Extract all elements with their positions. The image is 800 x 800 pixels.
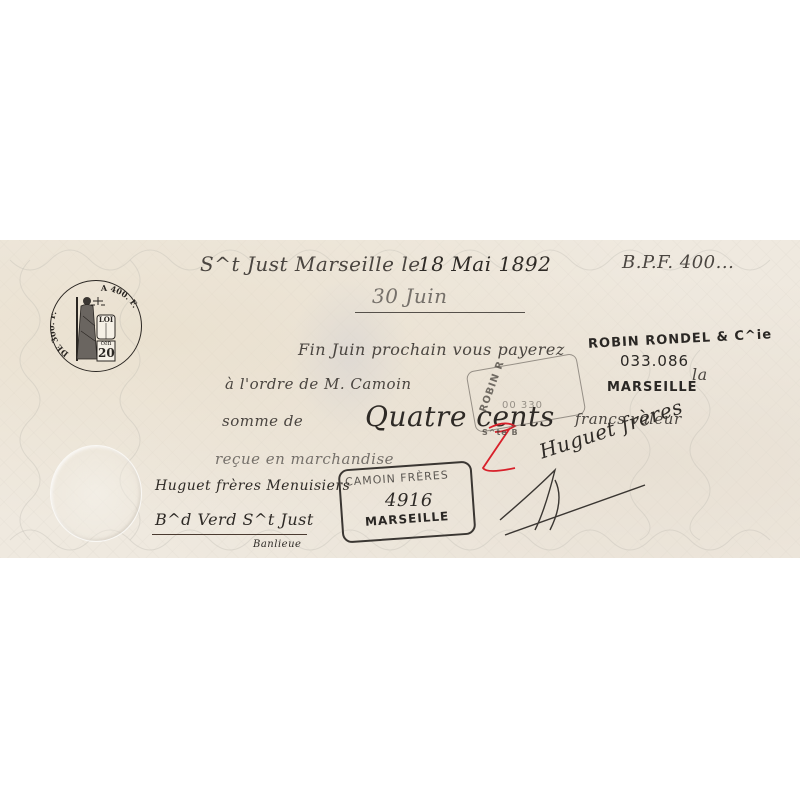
drawee-locality: Banlieue [253, 539, 301, 550]
amount-header: B.P.F. 400... [622, 252, 734, 273]
body-line-2: à l'ordre de M. Camoin [225, 375, 412, 393]
body-line-3-prefix: somme de [222, 412, 303, 430]
stamp-tablet-text: LOI [98, 315, 114, 324]
justice-figure-icon: DE 300. F. A 400. F. [51, 281, 141, 371]
drawee-name: Huguet frères Menuisiers [155, 478, 350, 494]
due-date-underline [355, 312, 525, 313]
camoin-stamp-number: 4916 [385, 490, 433, 511]
robin-stamp-city: MARSEILLE [607, 380, 698, 395]
fiscal-stamp: DE 300. F. A 400. F. LOI cen 20 [50, 280, 142, 372]
faded-stamp-number: 00 330 [502, 400, 543, 411]
body-line-1: Fin Juin prochain vous payerez [298, 340, 565, 359]
embossed-seal [50, 445, 142, 542]
date-text: 18 Mai 1892 [418, 252, 551, 276]
drawee-address: B^d Verd S^t Just [155, 510, 314, 529]
robin-stamp-number: 033.086 [620, 352, 689, 370]
drawee-underline [152, 534, 307, 535]
place-text: S^t Just Marseille le [200, 252, 421, 276]
svg-text:DE 300. F.: DE 300. F. [51, 309, 70, 359]
faded-stamp-extra: S^te B [482, 428, 519, 437]
stamp-value: 20 [98, 346, 114, 360]
body-line-4: reçue en marchandise [215, 450, 394, 468]
svg-text:A 400. F.: A 400. F. [100, 283, 141, 310]
due-date: 30 Juin [372, 284, 447, 308]
